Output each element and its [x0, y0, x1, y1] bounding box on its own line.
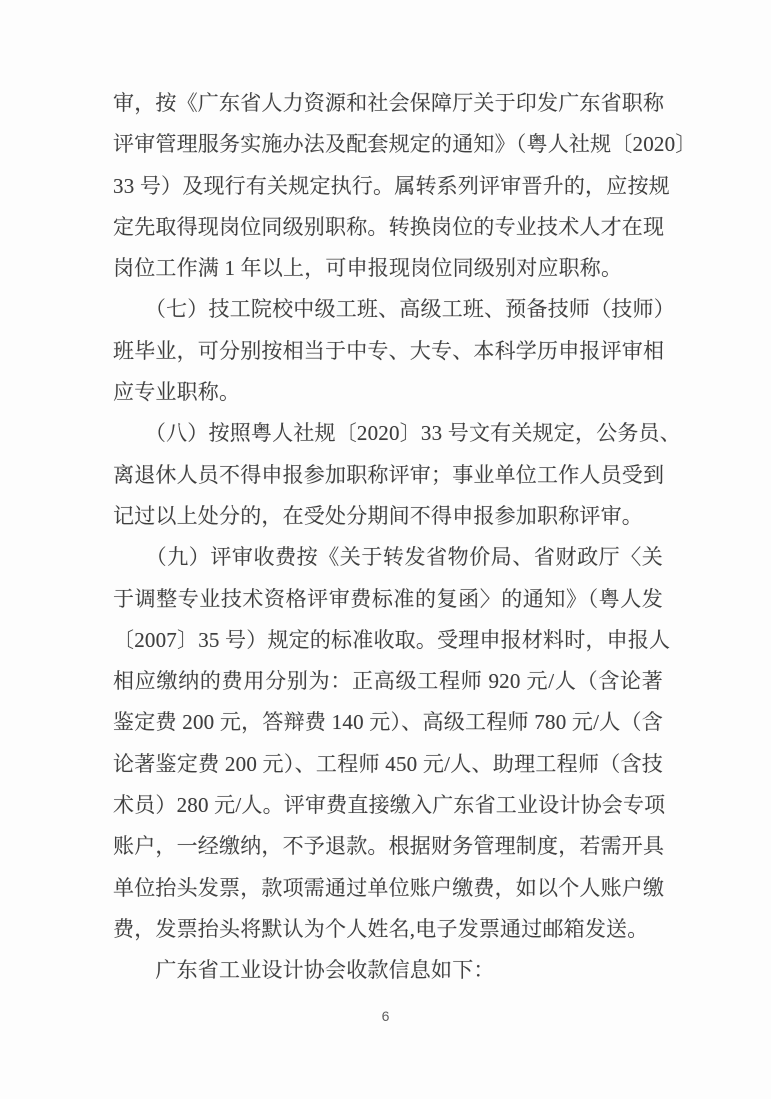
page-number: 6 [382, 1008, 390, 1024]
paragraph: （九）评审收费按《关于转发省物价局、省财政厅〈关于调整专业技术资格评审费标准的复… [113, 537, 663, 950]
text-line: 应专业职称。 [113, 372, 663, 413]
text-line: 论著鉴定费 200 元）、工程师 450 元/人、助理工程师（含技 [113, 744, 663, 785]
text-line: 广东省工业设计协会收款信息如下： [113, 950, 663, 991]
document-body: 审，按《广东省人力资源和社会保障厅关于印发广东省职称评审管理服务实施办法及配套规… [113, 83, 663, 992]
document-page: 审，按《广东省人力资源和社会保障厅关于印发广东省职称评审管理服务实施办法及配套规… [0, 0, 771, 1099]
text-line: 岗位工作满 1 年以上，可申报现岗位同级别对应职称。 [113, 248, 663, 289]
text-line: 〔2007〕35 号）规定的标准收取。受理申报材料时，申报人 [113, 620, 663, 661]
text-line: 离退休人员不得申报参加职称评审；事业单位工作人员受到 [113, 455, 663, 496]
text-line: 33 号）及现行有关规定执行。属转系列评审晋升的，应按规 [113, 166, 663, 207]
text-line: 定先取得现岗位同级别职称。转换岗位的专业技术人才在现 [113, 207, 663, 248]
text-line: 账户，一经缴纳，不予退款。根据财务管理制度，若需开具 [113, 826, 663, 867]
text-line: 审，按《广东省人力资源和社会保障厅关于印发广东省职称 [113, 83, 663, 124]
text-line: 于调整专业技术资格评审费标准的复函〉的通知》（粤人发 [113, 579, 663, 620]
paragraph: （七）技工院校中级工班、高级工班、预备技师（技师）班毕业，可分别按相当于中专、大… [113, 289, 663, 413]
text-line: 鉴定费 200 元，答辩费 140 元）、高级工程师 780 元/人（含 [113, 702, 663, 743]
text-line: 评审管理服务实施办法及配套规定的通知》（粤人社规〔2020〕 [113, 124, 663, 165]
text-line: （八）按照粤人社规〔2020〕33 号文有关规定，公务员、 [113, 413, 663, 454]
text-line: 费，发票抬头将默认为个人姓名,电子发票通过邮箱发送。 [113, 909, 663, 950]
text-line: 单位抬头发票，款项需通过单位账户缴费，如以个人账户缴 [113, 868, 663, 909]
text-line: （七）技工院校中级工班、高级工班、预备技师（技师） [113, 289, 663, 330]
paragraph: 广东省工业设计协会收款信息如下： [113, 950, 663, 991]
paragraph: 审，按《广东省人力资源和社会保障厅关于印发广东省职称评审管理服务实施办法及配套规… [113, 83, 663, 289]
text-line: 班毕业，可分别按相当于中专、大专、本科学历申报评审相 [113, 331, 663, 372]
text-line: 记过以上处分的，在受处分期间不得申报参加职称评审。 [113, 496, 663, 537]
text-line: （九）评审收费按《关于转发省物价局、省财政厅〈关 [113, 537, 663, 578]
text-line: 相应缴纳的费用分别为：正高级工程师 920 元/人（含论著 [113, 661, 663, 702]
text-line: 术员）280 元/人。评审费直接缴入广东省工业设计协会专项 [113, 785, 663, 826]
page-footer: 6 [0, 1008, 771, 1032]
paragraph: （八）按照粤人社规〔2020〕33 号文有关规定，公务员、离退休人员不得申报参加… [113, 413, 663, 537]
